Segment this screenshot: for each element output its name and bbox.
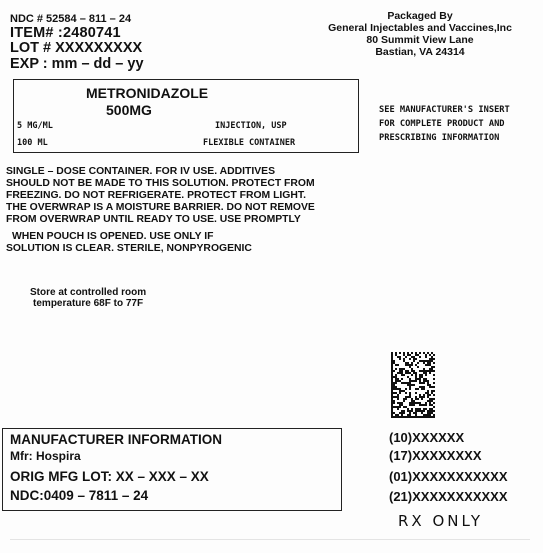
packager-info: Packaged By General Injectables and Vacc… [310, 10, 530, 58]
label-edge-divider [10, 539, 530, 540]
rx-only-label: RX ONLY [398, 512, 483, 530]
manufacturer-name: Mfr: Hospira [10, 449, 81, 463]
insert-note-line: PRESCRIBING INFORMATION [379, 131, 510, 145]
warning-line: THE OVERWRAP IS A MOISTURE BARRIER. DO N… [6, 202, 315, 214]
product-concentration: 5 MG/ML [17, 121, 53, 131]
product-volume: 100 ML [17, 138, 48, 148]
storage-line: temperature 68F to 77F [30, 298, 146, 309]
packager-address: 80 Summit View Lane [310, 34, 530, 46]
lot-number: LOT # XXXXXXXXX [10, 40, 142, 56]
storage-line: Store at controlled room [30, 287, 146, 298]
warning-line: FREEZING. DO NOT REFRIGERATE. PROTECT FR… [6, 190, 315, 202]
storage-instructions: Store at controlled room temperature 68F… [30, 287, 146, 309]
manufacturer-box: MANUFACTURER INFORMATION Mfr: Hospira OR… [2, 428, 342, 511]
datamatrix-barcode-icon [391, 352, 435, 418]
gs1-expiry: (17)XXXXXXXX [389, 449, 482, 463]
gs1-lot: (10)XXXXXX [389, 431, 464, 445]
insert-note-line: FOR COMPLETE PRODUCT AND [379, 117, 510, 131]
manufacturer-ndc: NDC:0409 – 7811 – 24 [10, 488, 148, 503]
gs1-serial: (21)XXXXXXXXXXX [389, 490, 508, 504]
warning-line: WHEN POUCH IS OPENED. USE ONLY IF [6, 231, 252, 243]
warning-line: SHOULD NOT BE MADE TO THIS SOLUTION. PRO… [6, 178, 315, 190]
warning-line: SOLUTION IS CLEAR. STERILE, NONPYROGENIC [6, 243, 252, 255]
gs1-gtin: (01)XXXXXXXXXXX [389, 470, 508, 484]
packager-city: Bastian, VA 24314 [310, 46, 530, 58]
item-number: ITEM# :2480741 [10, 25, 121, 41]
warning-line: SINGLE – DOSE CONTAINER. FOR IV USE. ADD… [6, 166, 315, 178]
expiry-date: EXP : mm – dd – yy [10, 56, 144, 72]
insert-note: SEE MANUFACTURER'S INSERT FOR COMPLETE P… [379, 103, 510, 145]
product-container: FLEXIBLE CONTAINER [203, 138, 295, 148]
manufacturer-title: MANUFACTURER INFORMATION [10, 432, 222, 447]
warning-line: FROM OVERWRAP UNTIL READY TO USE. USE PR… [6, 214, 315, 226]
packager-heading: Packaged By [310, 10, 530, 22]
ndc-code: NDC # 52584 – 811 – 24 [10, 13, 131, 25]
product-box: METRONIDAZOLE 500MG 5 MG/ML 100 ML INJEC… [13, 79, 359, 153]
product-strength: 500MG [106, 102, 152, 118]
packager-company: General Injectables and Vaccines,Inc [310, 22, 530, 34]
insert-note-line: SEE MANUFACTURER'S INSERT [379, 103, 510, 117]
warning-block-usage: SINGLE – DOSE CONTAINER. FOR IV USE. ADD… [6, 166, 315, 202]
warning-block-pouch: WHEN POUCH IS OPENED. USE ONLY IF SOLUTI… [6, 231, 252, 255]
warning-block-overwrap: THE OVERWRAP IS A MOISTURE BARRIER. DO N… [6, 202, 315, 226]
product-name: METRONIDAZOLE [86, 85, 208, 101]
product-form: INJECTION, USP [215, 121, 287, 131]
manufacturer-orig-lot: ORIG MFG LOT: XX – XXX – XX [10, 469, 209, 484]
